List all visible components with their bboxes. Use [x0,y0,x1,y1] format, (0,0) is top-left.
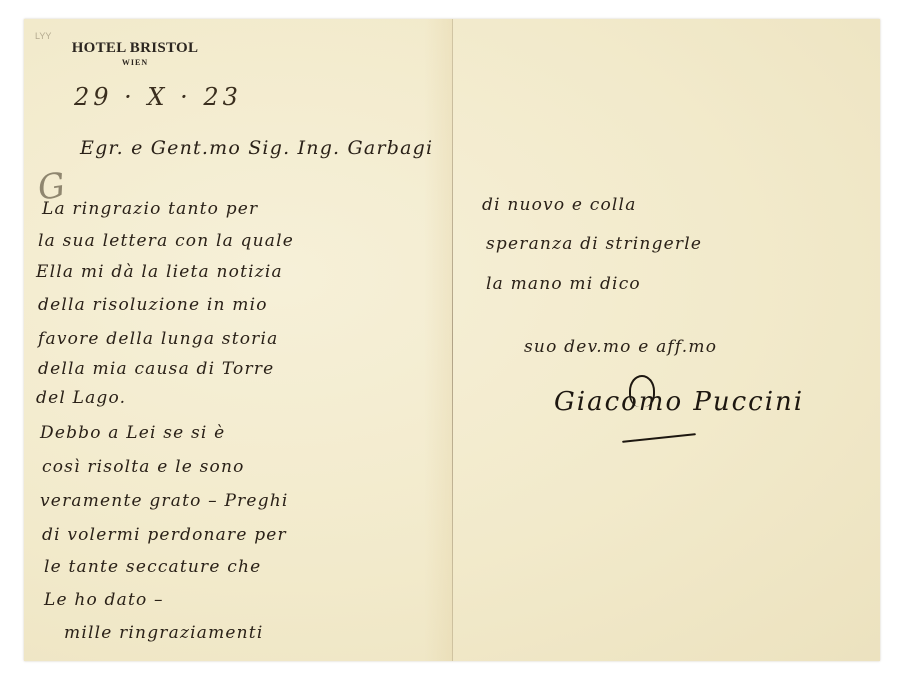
body-line: Debbo a Lei se si è [40,423,225,443]
body-line-right: di nuovo e colla [482,195,637,215]
body-line: la sua lettera con la quale [38,231,294,251]
letterhead: HOTEL BRISTOL WIEN [60,40,210,67]
body-line: Le ho dato – [44,590,164,610]
salutation: Egr. e Gent.mo Sig. Ing. Garbagi [80,137,433,159]
letter-date: 29 · X · 23 [74,83,242,111]
signature-underline [622,433,696,443]
letterhead-city: WIEN [60,58,210,67]
body-line: La ringrazio tanto per [42,199,258,219]
body-line: le tante seccature che [44,557,261,577]
body-line: mille ringraziamenti [64,623,263,643]
archive-pencil-mark: LYY [35,31,51,41]
body-line: veramente grato – Preghi [40,491,289,511]
body-line: della risoluzione in mio [38,295,268,315]
body-line-right: speranza di stringerle [486,234,702,254]
letter-sheet: LYY HOTEL BRISTOL WIEN 29 · X · 23 Egr. … [24,19,880,661]
fold-shadow [424,19,452,661]
body-line: di volermi perdonare per [42,525,287,545]
body-line: del Lago. [36,388,126,408]
body-line: così risolta e le sono [42,457,245,477]
letterhead-hotel-name: HOTEL BRISTOL [60,40,210,57]
closing-line: suo dev.mo e aff.mo [524,337,717,357]
center-fold-line [452,19,453,661]
body-line: Ella mi dà la lieta notizia [36,262,283,282]
signature: Giacomo Puccini [554,387,804,417]
body-line: favore della lunga storia [38,329,278,349]
body-line-right: la mano mi dico [486,274,641,294]
body-line: della mia causa di Torre [38,359,274,379]
